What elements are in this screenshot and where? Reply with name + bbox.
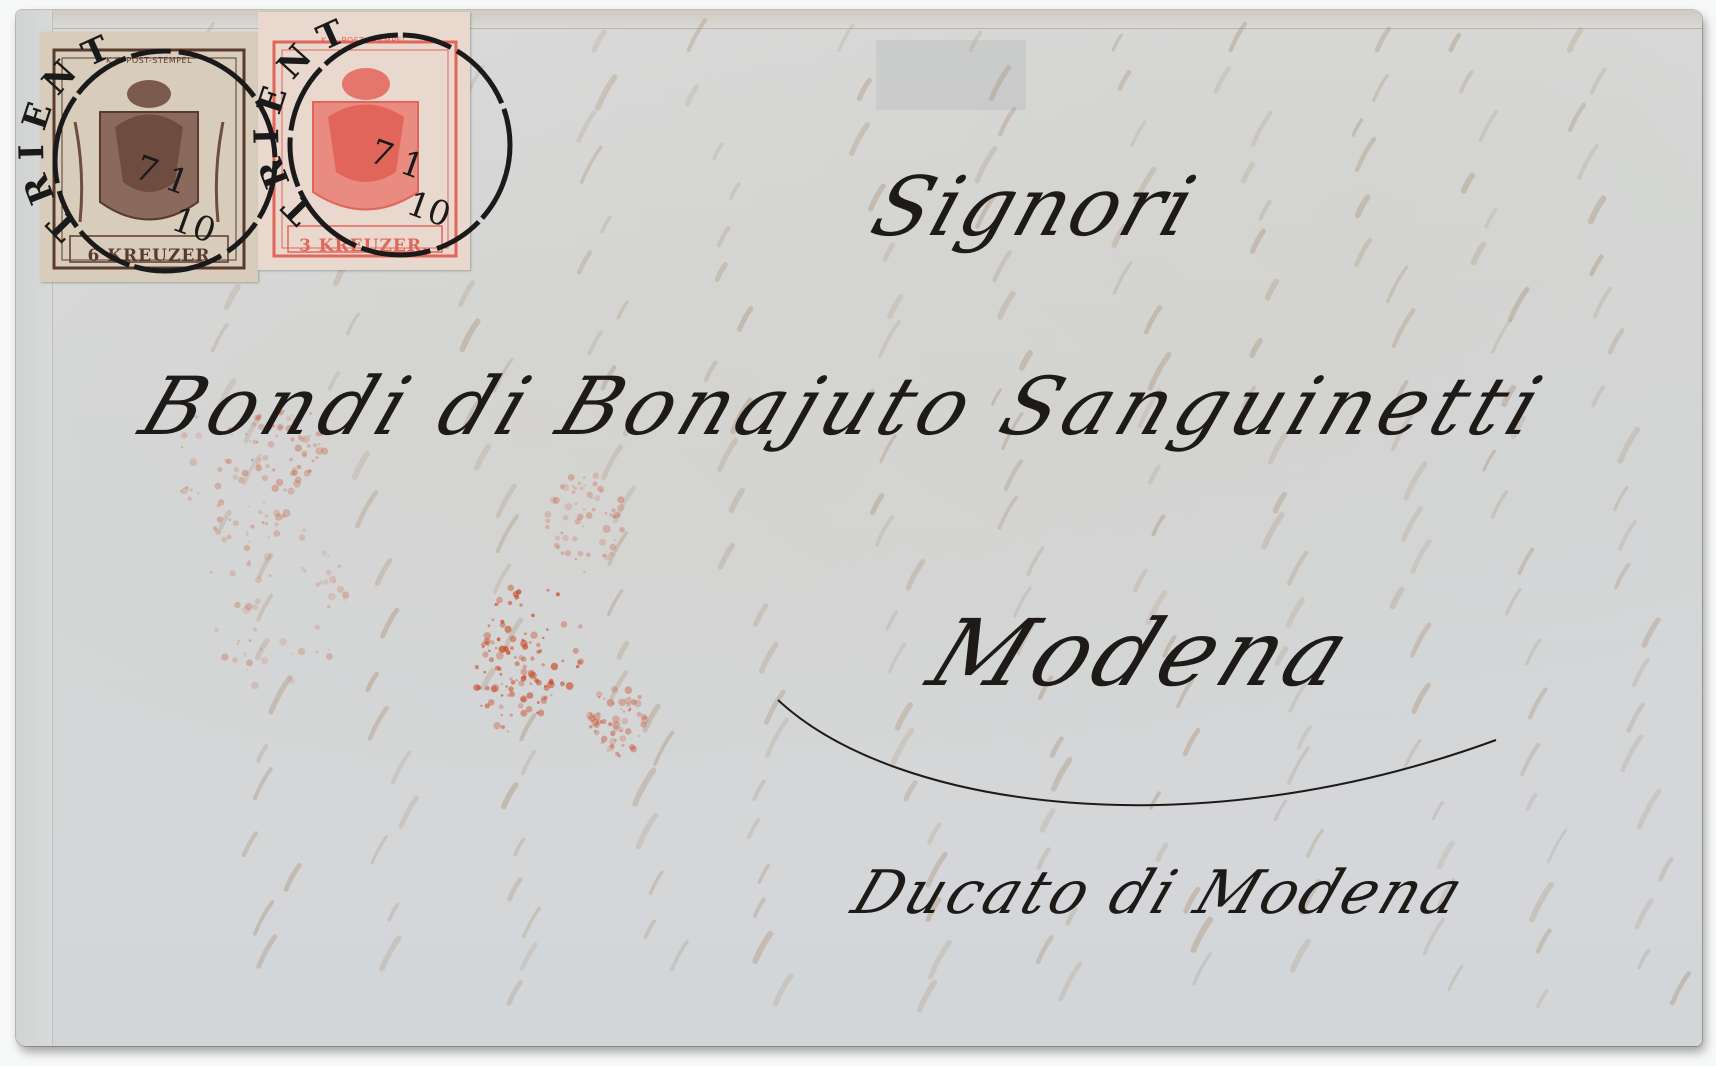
stamp-3-header: K.K. POST-STEMPEL	[258, 36, 470, 45]
stamp-6-kreuzer: K.K. POST-STEMPEL 6 KREUZER	[40, 32, 258, 282]
scan-canvas: Signori Bondi di Bonajuto Sanguinetti Mo…	[0, 0, 1716, 1066]
city-underline-flourish	[776, 700, 1516, 840]
stamp-3-kreuzer: K.K. POST-STEMPEL 3 KREUZER.	[258, 12, 470, 270]
salutation-text: Signori	[861, 160, 1208, 255]
stamp-6-header: K.K. POST-STEMPEL	[40, 56, 258, 65]
addressee-text: Bondi di Bonajuto Sanguinetti	[129, 360, 1559, 453]
stamp-3-denomination: 3 KREUZER.	[258, 236, 470, 256]
faint-mark	[876, 40, 1026, 110]
region-text: Ducato di Modena	[843, 858, 1474, 928]
city-text: Modena	[914, 600, 1370, 707]
red-cancel-mark	[166, 410, 666, 770]
stamp-6-denomination: 6 KREUZER	[40, 246, 258, 266]
